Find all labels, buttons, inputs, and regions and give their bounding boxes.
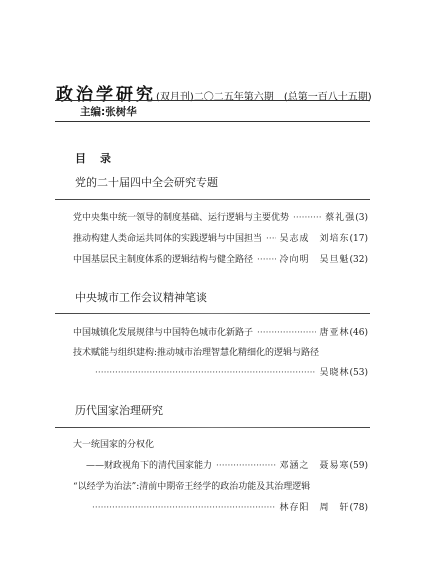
toc-entry[interactable]: 中国基层民主制度体系的逻辑结构与健全路径 冷向明 吴旦魁 (32) — [73, 254, 368, 266]
section-title: 中央城市工作会议精神笔谈 — [75, 289, 207, 305]
entry-page: (32) — [350, 254, 368, 266]
entry-page: (3) — [355, 212, 368, 224]
entry-authors: 蔡礼强 — [325, 212, 355, 224]
toc-entry-continuation[interactable]: 吴晓林 (53) — [95, 367, 368, 379]
section-rule — [55, 313, 370, 314]
leader-dots — [293, 212, 321, 224]
journal-issue: 二〇二五年第六期 — [194, 92, 274, 103]
leader-dots — [257, 327, 315, 339]
journal-name: 政治学研究 — [56, 85, 156, 105]
entry-title: 技术赋能与组织建构:推动城市治理智慧化精细化的逻辑与路径 — [73, 347, 319, 359]
entry-title: “以经学为治法”:清前中期帝王经学的政治功能及其治理逻辑 — [73, 481, 310, 493]
toc-entry[interactable]: 中国城镇化发展规律与中国特色城市化新路子 唐亚林 (46) — [73, 327, 368, 339]
toc-entry-subtitle[interactable]: ——财政视角下的清代国家能力 邓涵之 聂易寒 (59) — [86, 460, 368, 472]
section-title: 党的二十届四中全会研究专题 — [75, 174, 218, 190]
leader-dots — [92, 502, 276, 514]
entry-title: 党中央集中统一领导的制度基础、运行逻辑与主要优势 — [73, 212, 289, 224]
toc-entry[interactable]: “以经学为治法”:清前中期帝王经学的政治功能及其治理逻辑 — [73, 481, 368, 493]
entry-authors: 吴晓林 — [320, 367, 350, 379]
masthead-rule-top — [55, 100, 370, 101]
masthead-rule-bottom — [55, 121, 370, 122]
toc-entry[interactable]: 大一统国家的分权化 — [73, 439, 368, 451]
toc-heading-char-1: 目 — [75, 152, 86, 165]
toc-heading: 目录 — [75, 150, 111, 166]
section-rule — [55, 199, 370, 200]
entry-authors: 邓涵之 聂易寒 — [280, 460, 350, 472]
entry-page: (46) — [350, 327, 368, 339]
journal-masthead: 政治学研究(双月刊)二〇二五年第六期(总第一百八十五期) — [56, 80, 372, 105]
section-title: 历代国家治理研究 — [75, 402, 163, 418]
entry-page: (17) — [350, 233, 368, 245]
toc-entry[interactable]: 技术赋能与组织建构:推动城市治理智慧化精细化的逻辑与路径 — [73, 347, 368, 359]
entry-authors: 吴志成 刘培东 — [280, 233, 350, 245]
toc-heading-char-2: 录 — [100, 152, 111, 165]
entry-page: (78) — [350, 502, 368, 514]
toc-entry-continuation[interactable]: 林存阳 周 轩 (78) — [92, 502, 368, 514]
entry-title: 中国基层民主制度体系的逻辑结构与健全路径 — [73, 254, 253, 266]
leader-dots — [95, 367, 316, 379]
entry-subtitle: ——财政视角下的清代国家能力 — [86, 460, 212, 472]
entry-page: (59) — [350, 460, 368, 472]
entry-authors: 唐亚林 — [320, 327, 350, 339]
leader-dots — [216, 460, 275, 472]
entry-authors: 冷向明 吴旦魁 — [280, 254, 350, 266]
entry-title: 推动构建人类命运共同体的实践逻辑与中国担当 — [73, 233, 262, 245]
entry-title: 大一统国家的分权化 — [73, 439, 154, 451]
entry-authors: 林存阳 周 轩 — [280, 502, 350, 514]
leader-dots — [257, 254, 275, 266]
editor-line: 主编:张树华 — [80, 104, 137, 119]
journal-total-issue: (总第一百八十五期) — [284, 92, 372, 103]
entry-title: 中国城镇化发展规律与中国特色城市化新路子 — [73, 327, 253, 339]
entry-page: (53) — [350, 367, 368, 379]
leader-dots — [266, 233, 275, 245]
journal-frequency: (双月刊) — [156, 92, 194, 103]
toc-entry[interactable]: 推动构建人类命运共同体的实践逻辑与中国担当 吴志成 刘培东 (17) — [73, 233, 368, 245]
section-rule — [55, 427, 370, 428]
toc-entry[interactable]: 党中央集中统一领导的制度基础、运行逻辑与主要优势 蔡礼强 (3) — [73, 212, 368, 224]
